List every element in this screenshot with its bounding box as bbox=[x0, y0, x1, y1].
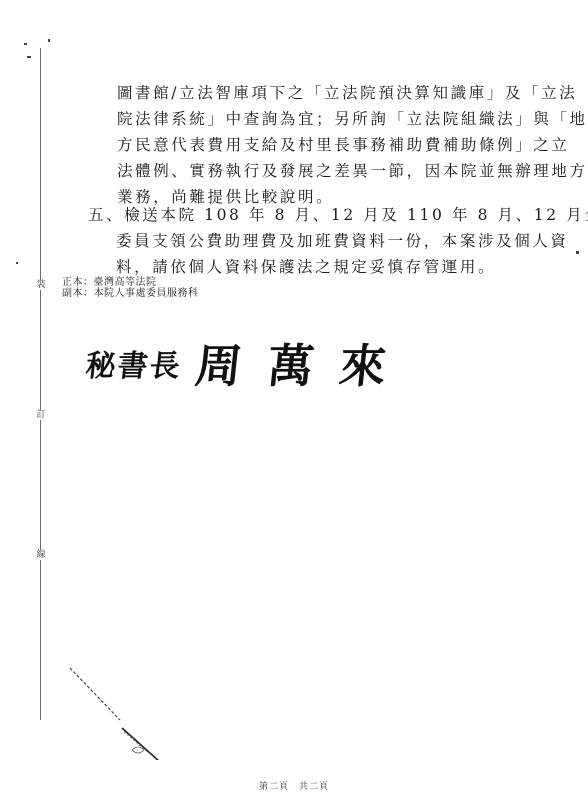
text-line: 委員支領公費助理費及加班費資料一份，本案涉及個人資 bbox=[88, 228, 548, 254]
recipients: 正本：臺灣高等法院 副本：本院人事處委員服務科 bbox=[62, 277, 199, 299]
signature-block: 秘書長 周萬來 bbox=[86, 330, 412, 396]
scan-speck bbox=[48, 39, 50, 42]
text-line: 檢送本院 108 年 8 月、12 月及 110 年 8 月、12 月全部立法 bbox=[124, 206, 588, 224]
scan-speck bbox=[576, 251, 579, 254]
text-line: 方民意代表費用支給及村里長事務補助費補助條例」之立 bbox=[117, 132, 537, 158]
text-line: 圖書館/立法智庫項下之「立法院預決算知識庫」及「立法 bbox=[117, 80, 537, 106]
page-footer: 第二頁 共二頁 bbox=[0, 779, 588, 792]
binding-line bbox=[40, 48, 41, 720]
faint-stamp-mark bbox=[62, 650, 172, 760]
scan-speck bbox=[24, 43, 27, 45]
scan-speck bbox=[27, 56, 31, 58]
scan-speck bbox=[16, 262, 18, 264]
signature-name: 周萬來 bbox=[193, 330, 416, 396]
primary-recipient: 正本：臺灣高等法院 bbox=[62, 277, 199, 288]
item-five-first-line: 五、檢送本院 108 年 8 月、12 月及 110 年 8 月、12 月全部立… bbox=[88, 202, 548, 228]
copy-recipient: 副本：本院人事處委員服務科 bbox=[62, 288, 199, 299]
paragraph-continuation: 圖書館/立法智庫項下之「立法院預決算知識庫」及「立法 院法律系統」中查詢為宜；另… bbox=[117, 80, 537, 210]
text-line: 法體例、實務執行及發展之差異一節，因本院並無辦理地方 bbox=[117, 158, 537, 184]
item-five: 五、檢送本院 108 年 8 月、12 月及 110 年 8 月、12 月全部立… bbox=[88, 202, 548, 280]
binding-label-zhuang: 裝 bbox=[34, 280, 48, 290]
text-line: 院法律系統」中查詢為宜；另所詢「立法院組織法」與「地 bbox=[117, 106, 537, 132]
binding-label-ding: 訂 bbox=[34, 410, 48, 420]
item-marker: 五、 bbox=[88, 206, 124, 224]
binding-label-xian: 線 bbox=[34, 550, 48, 560]
signature-title: 秘書長 bbox=[84, 341, 185, 385]
